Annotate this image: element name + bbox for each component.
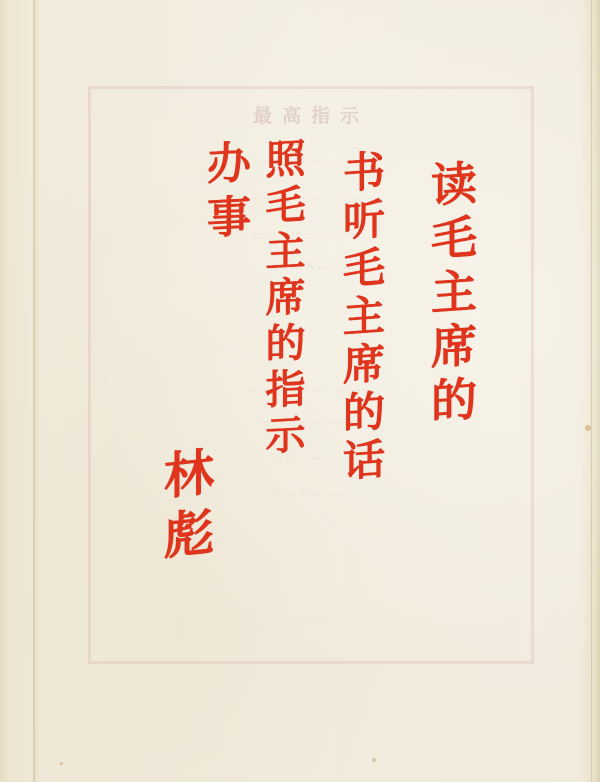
inscription-column-3: 照毛主席的指示 — [262, 137, 302, 461]
bleed-through-title: 最高指示 — [91, 101, 531, 128]
inscription-column-4: 办事 — [202, 139, 246, 249]
paper-stain — [372, 758, 376, 762]
bleed-through-line: ……… — [121, 609, 501, 621]
inscription-column-1: 读毛主席的 — [428, 158, 474, 431]
signature: 林彪 — [160, 445, 210, 570]
page-edge — [591, 0, 592, 782]
inscription-column-2: 书听毛主席的话 — [340, 149, 382, 488]
paper-stain — [585, 425, 591, 431]
paper-stain — [60, 762, 63, 765]
binding-fold-line — [33, 0, 35, 782]
scanned-page: 最高指示 …………………… ………………，……… ……………………。 ………人…… — [0, 0, 600, 782]
